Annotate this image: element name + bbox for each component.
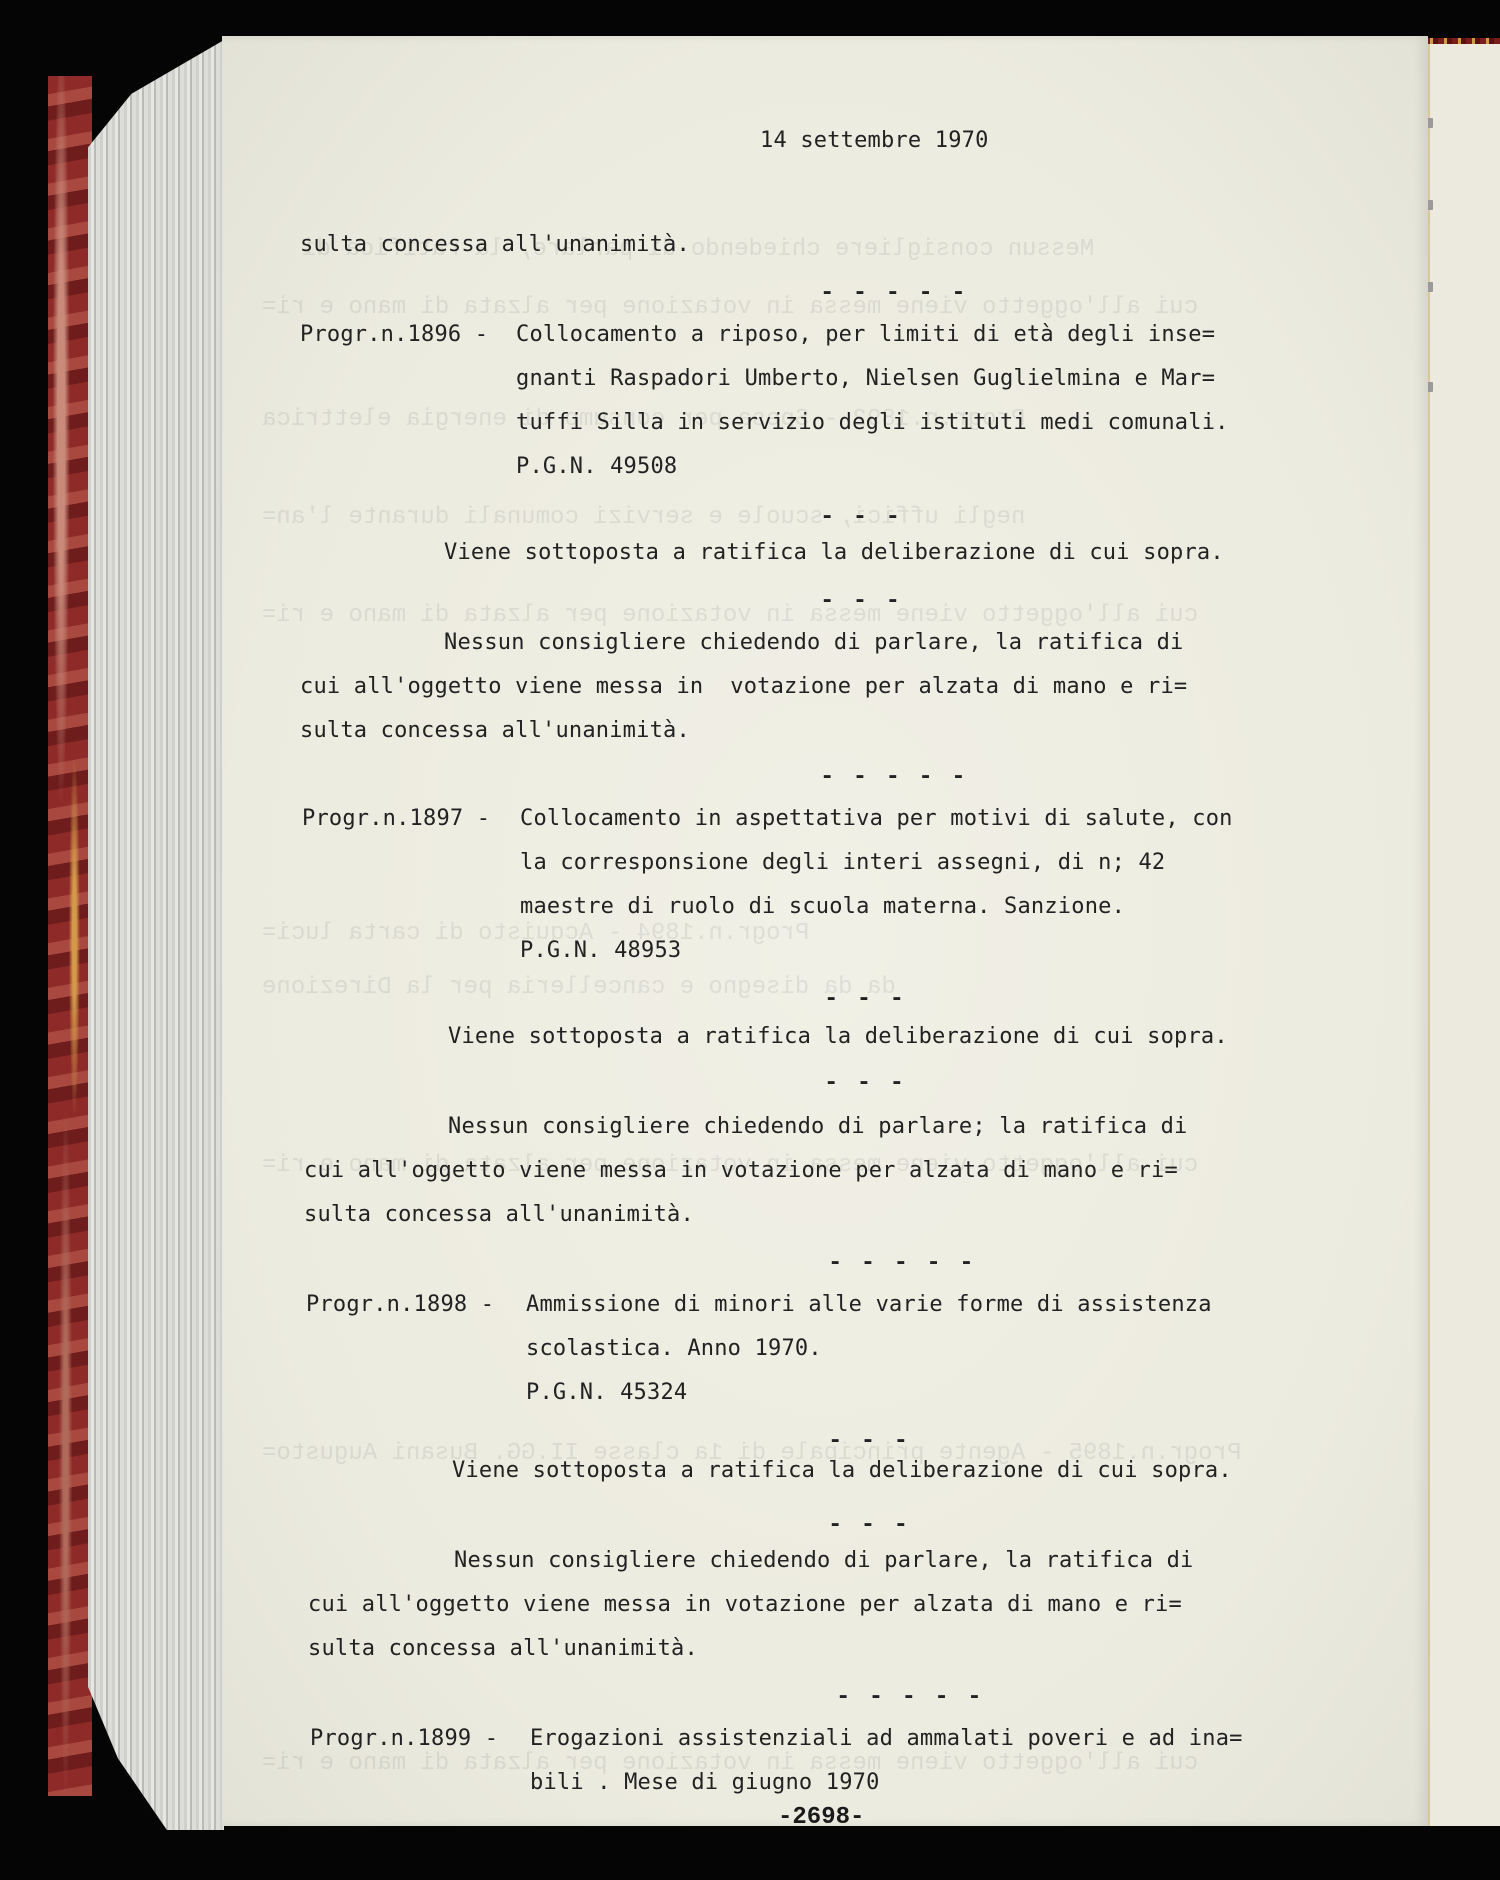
- ratifica-line: Viene sottoposta a ratifica la deliberaz…: [452, 1458, 1232, 1483]
- separator: - - -: [824, 1070, 906, 1097]
- item-1898-line: Ammissione di minori alle varie forme di…: [526, 1292, 1212, 1317]
- vote-line: Nessun consigliere chiedendo di parlare,…: [444, 630, 1183, 655]
- item-1896-line: Collocamento a riposo, per limiti di età…: [516, 322, 1215, 347]
- continuation-line: sulta concessa all'unanimità.: [300, 232, 690, 257]
- vote-line: sulta concessa all'unanimità.: [300, 718, 690, 743]
- vote-line: sulta concessa all'unanimità.: [304, 1202, 694, 1227]
- progr-number-1899: Progr.n.1899 -: [310, 1726, 498, 1751]
- item-1897-line: maestre di ruolo di scuola materna. Sanz…: [520, 894, 1125, 919]
- progr-number-1897: Progr.n.1897 -: [302, 806, 490, 831]
- item-1897-pgn: P.G.N. 48953: [520, 938, 681, 963]
- page-stack-edges: [88, 40, 224, 1830]
- separator: - - -: [828, 1428, 910, 1455]
- document-page: Messun consigliere chiedendo di parlare,…: [222, 36, 1428, 1826]
- page-date-header: 14 settembre 1970: [760, 128, 989, 153]
- page-number: -2698-: [778, 1804, 864, 1831]
- bleed-through-text: negli uffici, scuole e servizi comunali …: [262, 504, 1025, 531]
- separator: - - - - -: [820, 280, 968, 307]
- separator: - - -: [820, 504, 902, 531]
- item-1896-line: tuffi Silla in servizio degli istituti m…: [516, 410, 1229, 435]
- item-1897-line: Collocamento in aspettativa per motivi d…: [520, 806, 1233, 831]
- vote-line: Nessun consigliere chiedendo di parlare,…: [454, 1548, 1193, 1573]
- marbled-cover-left: [48, 76, 92, 1796]
- vote-line: cui all'oggetto viene messa in votazione…: [308, 1592, 1182, 1617]
- vote-line: cui all'oggetto viene messa in votazione…: [300, 674, 1187, 699]
- separator: - - - - -: [836, 1684, 984, 1711]
- separator: - - -: [828, 1512, 910, 1539]
- vote-line: sulta concessa all'unanimità.: [308, 1636, 698, 1661]
- bleed-through-text: cui all'oggetto viene messa in votazione…: [262, 294, 1198, 321]
- vote-line: Nessun consigliere chiedendo di parlare;…: [448, 1114, 1187, 1139]
- item-1898-line: scolastica. Anno 1970.: [526, 1336, 822, 1361]
- ratifica-line: Viene sottoposta a ratifica la deliberaz…: [444, 540, 1224, 565]
- separator: - - -: [820, 588, 902, 615]
- item-1899-line: bili . Mese di giugno 1970: [530, 1770, 880, 1795]
- progr-number-1898: Progr.n.1898 -: [306, 1292, 494, 1317]
- separator: - - - - -: [820, 764, 968, 791]
- progr-number-1896: Progr.n.1896 -: [300, 322, 488, 347]
- facing-page: [1428, 44, 1500, 1826]
- item-1896-line: gnanti Raspadori Umberto, Nielsen Guglie…: [516, 366, 1215, 391]
- separator: - - -: [824, 986, 906, 1013]
- item-1897-line: la corresponsione degli interi assegni, …: [520, 850, 1165, 875]
- item-1899-line: Erogazioni assistenziali ad ammalati pov…: [530, 1726, 1243, 1751]
- item-1898-pgn: P.G.N. 45324: [526, 1380, 687, 1405]
- vote-line: cui all'oggetto viene messa in votazione…: [304, 1158, 1178, 1183]
- bleed-through-text: cui all'oggetto viene messa in votazione…: [262, 602, 1198, 629]
- item-1896-pgn: P.G.N. 49508: [516, 454, 677, 479]
- ratifica-line: Viene sottoposta a ratifica la deliberaz…: [448, 1024, 1228, 1049]
- separator: - - - - -: [828, 1250, 976, 1277]
- bleed-through-text: da da disegno e cancelleria per la Direz…: [262, 974, 896, 1001]
